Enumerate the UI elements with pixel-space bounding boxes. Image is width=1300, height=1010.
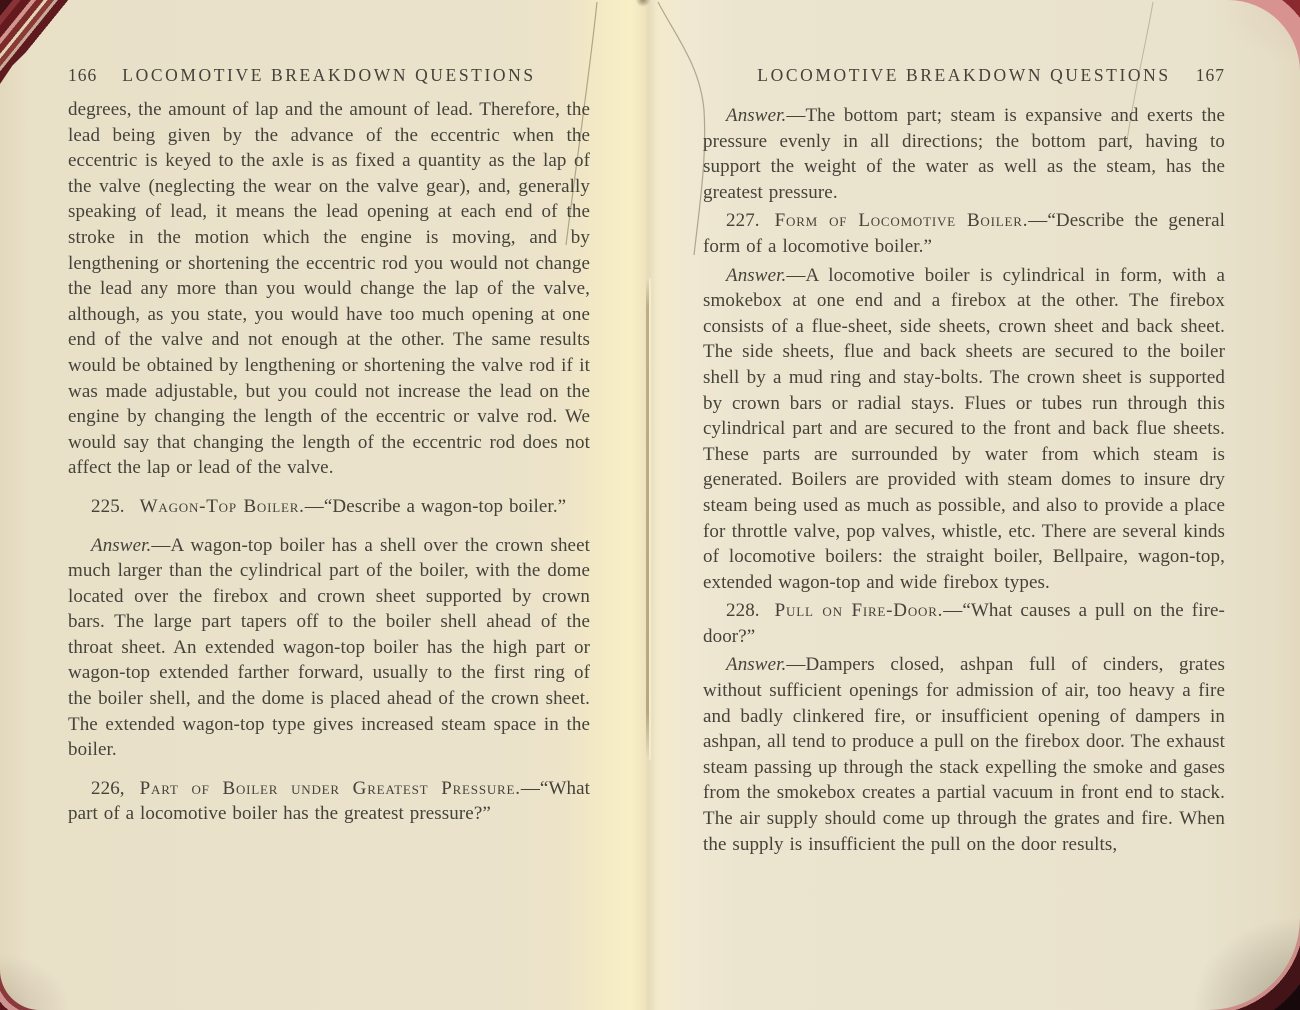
right-page-number: 167: [1196, 64, 1225, 86]
question-227: 227.Form of Locomotive Boiler.—“Describe…: [703, 208, 1225, 259]
question-227-number: 227.: [726, 210, 760, 231]
left-page-number: 166: [68, 64, 97, 86]
left-page-header: 166 LOCOMOTIVE BREAKDOWN QUESTIONS: [68, 64, 590, 86]
book-scan: { "colors": { "paper": "#e9e2cc", "gutte…: [0, 0, 1300, 1010]
book-spread: 166 LOCOMOTIVE BREAKDOWN QUESTIONS degre…: [0, 0, 1300, 1010]
left-running-head: LOCOMOTIVE BREAKDOWN QUESTIONS: [68, 64, 590, 86]
answer-228-lead: Answer.: [726, 654, 786, 675]
answer-228: Answer.—Dampers closed, ashpan full of c…: [703, 652, 1225, 857]
question-228: 228.Pull on Fire-Door.—“What causes a pu…: [703, 598, 1225, 649]
answer-227-text: —A locomotive boiler is cylindrical in f…: [703, 265, 1225, 593]
question-226: 226,Part of Boiler under Greatest Pressu…: [68, 776, 590, 827]
answer-227: Answer.—A locomotive boiler is cylindric…: [703, 263, 1225, 596]
question-228-number: 228.: [726, 600, 760, 621]
left-page: 166 LOCOMOTIVE BREAKDOWN QUESTIONS degre…: [0, 0, 650, 1010]
paragraph-continuation: degrees, the amount of lap and the amoun…: [68, 97, 590, 481]
question-225: 225.Wagon-Top Boiler.—“Describe a wagon-…: [68, 494, 590, 520]
question-225-title: Wagon-Top Boiler.: [140, 496, 305, 517]
question-226-title: Part of Boiler under Greatest Pressure.: [140, 778, 521, 799]
answer-225: Answer.—A wagon-top boiler has a shell o…: [68, 533, 590, 763]
right-page: LOCOMOTIVE BREAKDOWN QUESTIONS 167 Answe…: [650, 0, 1300, 1010]
question-225-text: —“Describe a wagon-top boiler.”: [305, 496, 566, 517]
question-225-number: 225.: [91, 496, 125, 517]
answer-225-lead: Answer.: [91, 535, 151, 556]
question-226-number: 226,: [91, 778, 125, 799]
answer-226-lead: Answer.: [726, 105, 786, 126]
answer-227-lead: Answer.: [726, 265, 786, 286]
question-228-title: Pull on Fire-Door.: [775, 600, 944, 621]
answer-225-text: —A wagon-top boiler has a shell over the…: [68, 535, 590, 761]
question-227-title: Form of Locomotive Boiler.: [775, 210, 1029, 231]
answer-228-text: —Dampers closed, ashpan full of cinders,…: [703, 654, 1225, 854]
right-page-header: LOCOMOTIVE BREAKDOWN QUESTIONS 167: [703, 64, 1225, 86]
answer-226: Answer.—The bottom part; steam is expans…: [703, 103, 1225, 205]
right-running-head: LOCOMOTIVE BREAKDOWN QUESTIONS: [703, 64, 1225, 86]
